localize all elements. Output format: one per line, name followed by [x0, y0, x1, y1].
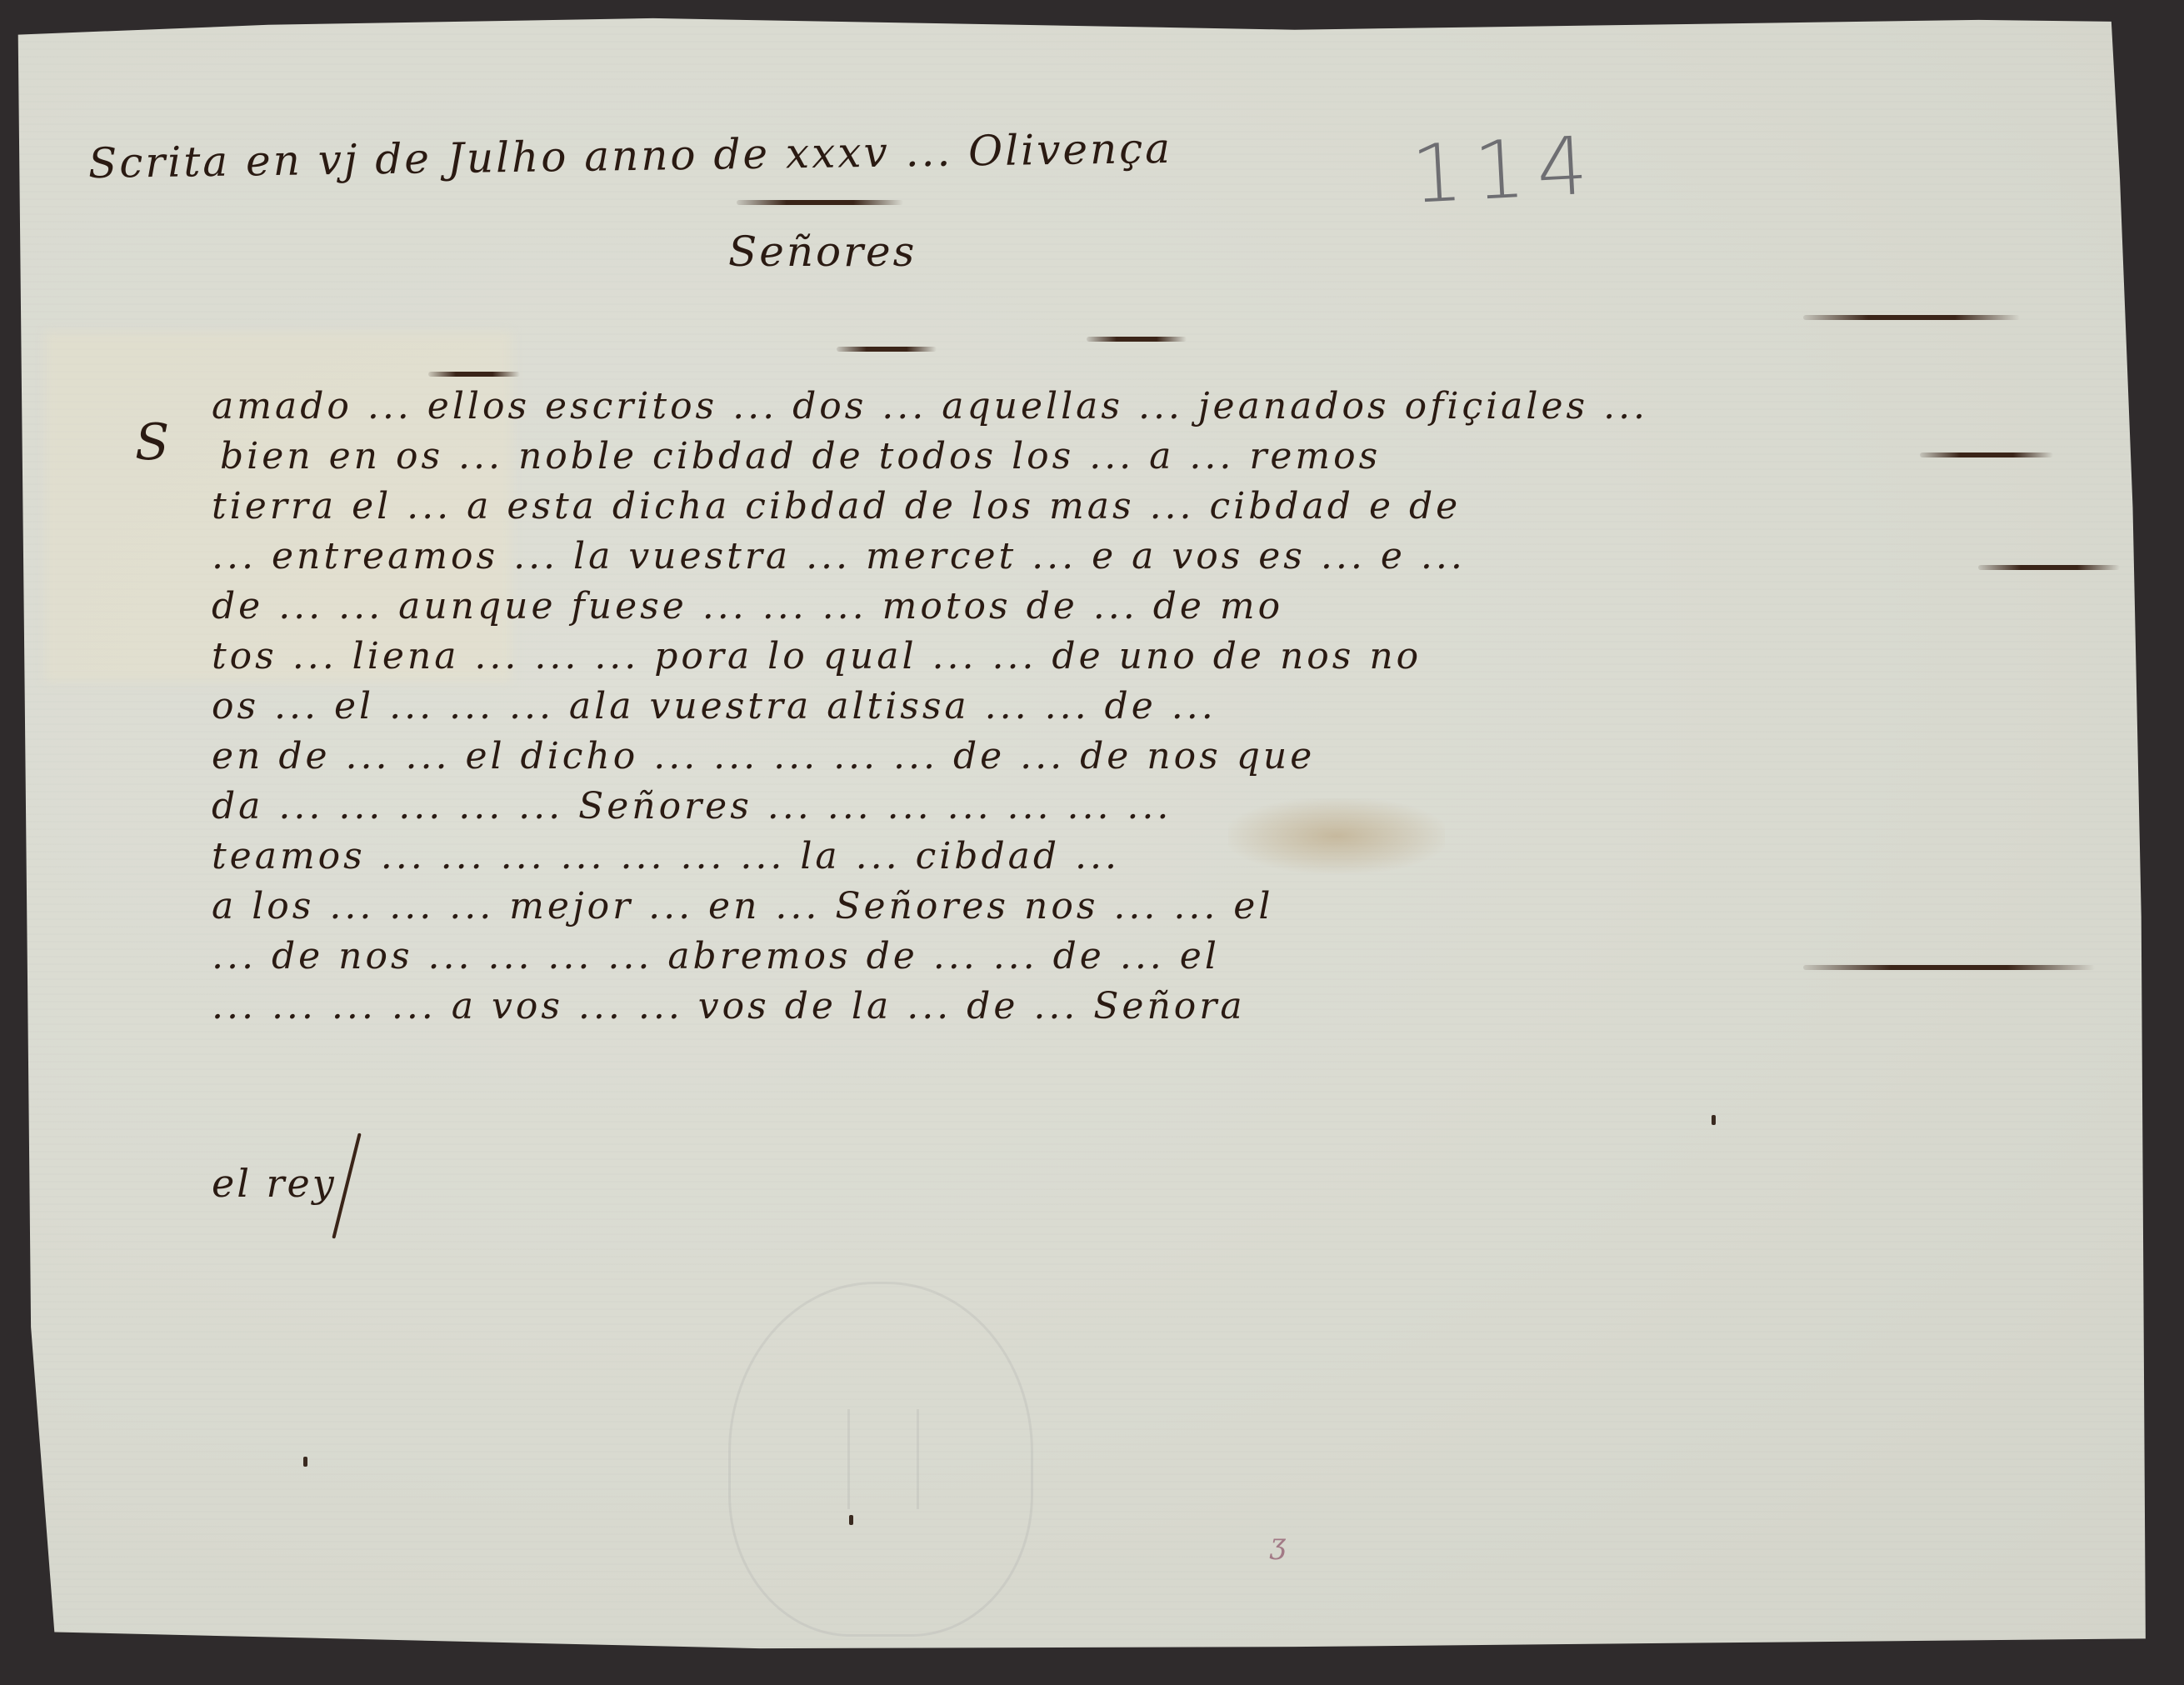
abbreviation-stroke [1803, 315, 2020, 320]
ink-speck [303, 1457, 307, 1467]
body-line: da ... ... ... ... ... Señores ... ... .… [212, 782, 2045, 832]
body-line: tos ... liena ... ... ... pora lo qual .… [212, 632, 2045, 682]
closing-signature: el rey [212, 1161, 337, 1206]
letter-body: amado ... ellos escritos ... dos ... aqu… [212, 382, 2045, 1032]
body-line: de ... ... aunque fuese ... ... ... moto… [212, 582, 2045, 632]
ink-speck [1712, 1115, 1716, 1125]
small-pencil-mark: ʒ [1270, 1527, 1286, 1561]
body-line: teamos ... ... ... ... ... ... ... la ..… [212, 832, 2045, 882]
body-line: ... ... ... ... a vos ... ... vos de la … [212, 982, 2045, 1032]
body-line: ... entreamos ... la vuestra ... mercet … [212, 532, 2045, 582]
body-line: ... de nos ... ... ... ... abremos de ..… [212, 932, 2045, 982]
body-line: a los ... ... ... mejor ... en ... Señor… [212, 882, 2045, 932]
body-line: tierra el ... a esta dicha cibdad de los… [212, 482, 2045, 532]
paper-watermark [728, 1282, 1033, 1637]
abbreviation-stroke [1087, 337, 1187, 342]
ink-stain [1228, 798, 1445, 873]
abbreviation-stroke [837, 347, 937, 352]
manuscript-paper: Scrita en vj de Julho anno de xxxv ... O… [12, 15, 2150, 1655]
initial-letter: S [135, 413, 169, 472]
header-salutation: Señores [728, 227, 917, 276]
body-line: bien en os ... noble cibdad de todos los… [220, 432, 2053, 482]
folio-number: 114 [1409, 118, 1602, 222]
body-line: amado ... ellos escritos ... dos ... aqu… [212, 382, 2045, 432]
body-line: os ... el ... ... ... ala vuestra altiss… [212, 682, 2045, 732]
abbreviation-stroke [737, 200, 903, 205]
body-line: en de ... ... el dicho ... ... ... ... .… [212, 732, 2045, 782]
ink-speck [849, 1515, 853, 1525]
header-dateline: Scrita en vj de Julho anno de xxxv ... O… [88, 124, 1173, 187]
abbreviation-stroke [428, 372, 520, 377]
